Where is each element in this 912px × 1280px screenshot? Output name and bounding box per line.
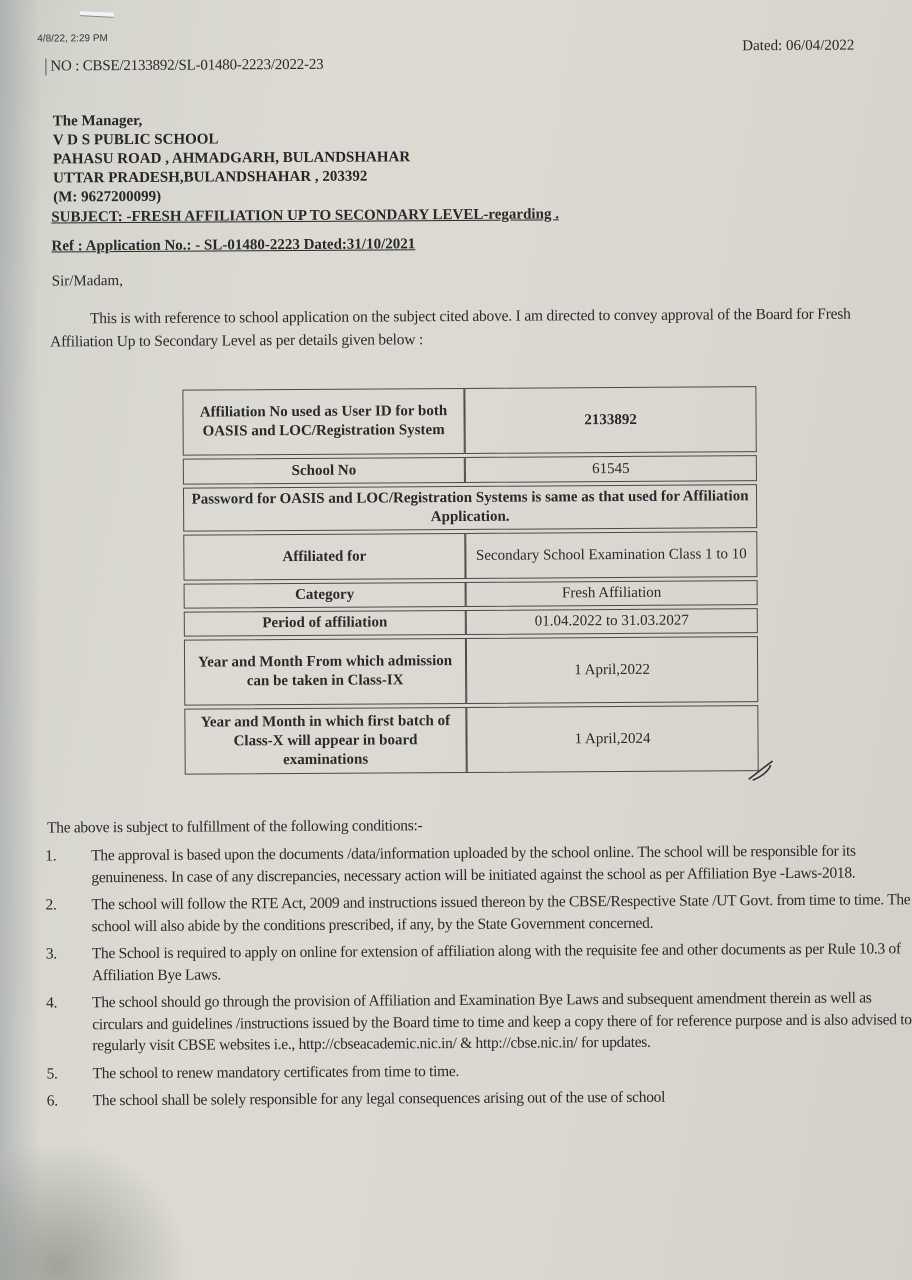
table-row: Year and Month in which first batch of C… — [184, 705, 758, 775]
condition-number: 5. — [46, 1063, 92, 1085]
row-value: Fresh Affiliation — [466, 580, 758, 607]
condition-number: 2. — [45, 894, 91, 937]
condition-number: 6. — [47, 1090, 93, 1112]
row-full-note: Password for OASIS and LOC/Registration … — [183, 484, 757, 532]
table-row: Affiliation No used as User ID for both … — [182, 386, 756, 456]
conditions-intro: The above is subject to fulfillment of t… — [47, 817, 422, 837]
row-label: Category — [184, 582, 466, 609]
condition-text: The school to renew mandatory certificat… — [92, 1058, 912, 1085]
condition-text: The School is required to apply on onlin… — [92, 938, 912, 986]
table-row: Period of affiliation 01.04.2022 to 31.0… — [184, 608, 758, 637]
letter-reference: Ref : Application No.: - SL-01480-2223 D… — [51, 236, 415, 255]
condition-text: The school should go through the provisi… — [92, 987, 912, 1057]
table-row: School No 61545 — [183, 455, 757, 485]
row-label: Year and Month in which first batch of C… — [184, 707, 466, 775]
table-row: Password for OASIS and LOC/Registration … — [183, 484, 757, 532]
row-value: 1 April,2022 — [466, 636, 758, 704]
table-row: Year and Month From which admission can … — [184, 636, 758, 706]
condition-item: 4. The school should go through the prov… — [46, 987, 912, 1057]
address-line: PAHASU ROAD , AHMADGARH, BULANDSHAHAR — [53, 148, 410, 169]
row-value: 2133892 — [464, 386, 756, 454]
conditions-list: 1. The approval is based upon the docume… — [45, 840, 912, 1118]
row-value: Secondary School Examination Class 1 to … — [465, 531, 757, 579]
condition-number: 3. — [46, 943, 92, 986]
condition-item: 1. The approval is based upon the docume… — [45, 840, 912, 888]
address-line: The Manager, — [53, 110, 410, 131]
condition-text: The school shall be solely responsible f… — [93, 1085, 912, 1112]
recipient-address: The Manager, V D S PUBLIC SCHOOL PAHASU … — [53, 110, 411, 207]
condition-item: 6. The school shall be solely responsibl… — [47, 1085, 912, 1112]
condition-number: 4. — [46, 992, 92, 1057]
intro-paragraph: This is with reference to school applica… — [50, 302, 900, 353]
table-row: Affiliated for Secondary School Examinat… — [183, 531, 757, 581]
condition-item: 5. The school to renew mandatory certifi… — [46, 1058, 912, 1085]
print-timestamp: 4/8/22, 2:29 PM — [37, 33, 108, 44]
letter-date: Dated: 06/04/2022 — [742, 38, 854, 56]
row-value: 61545 — [465, 455, 757, 483]
address-line: (M: 9627200099) — [53, 186, 410, 207]
condition-text: The school will follow the RTE Act, 2009… — [91, 889, 912, 937]
letter-page: 4/8/22, 2:29 PM NO : CBSE/2133892/SL-014… — [0, 0, 912, 1280]
row-label: Year and Month From which admission can … — [184, 638, 466, 706]
signature-mark-icon — [747, 753, 777, 783]
address-line: V D S PUBLIC SCHOOL — [53, 129, 410, 150]
salutation: Sir/Madam, — [52, 273, 123, 290]
row-label: School No — [183, 457, 465, 485]
condition-text: The approval is based upon the documents… — [91, 840, 912, 888]
letter-subject: SUBJECT: -FRESH AFFILIATION UP TO SECOND… — [51, 206, 559, 226]
letter-number: NO : CBSE/2133892/SL-01480-2223/2022-23 — [45, 57, 323, 76]
address-line: UTTAR PRADESH,BULANDSHAHAR , 203392 — [53, 167, 410, 188]
row-label: Period of affiliation — [184, 610, 466, 637]
table-row: Category Fresh Affiliation — [184, 580, 758, 609]
row-label: Affiliated for — [183, 533, 465, 581]
row-label: Affiliation No used as User ID for both … — [182, 388, 464, 456]
condition-item: 2. The school will follow the RTE Act, 2… — [45, 889, 912, 937]
affiliation-details-table: Affiliation No used as User ID for both … — [182, 383, 758, 777]
condition-item: 3. The School is required to apply on on… — [46, 938, 912, 986]
condition-number: 1. — [45, 845, 91, 888]
row-value: 1 April,2024 — [466, 705, 758, 773]
row-value: 01.04.2022 to 31.03.2027 — [466, 608, 758, 635]
